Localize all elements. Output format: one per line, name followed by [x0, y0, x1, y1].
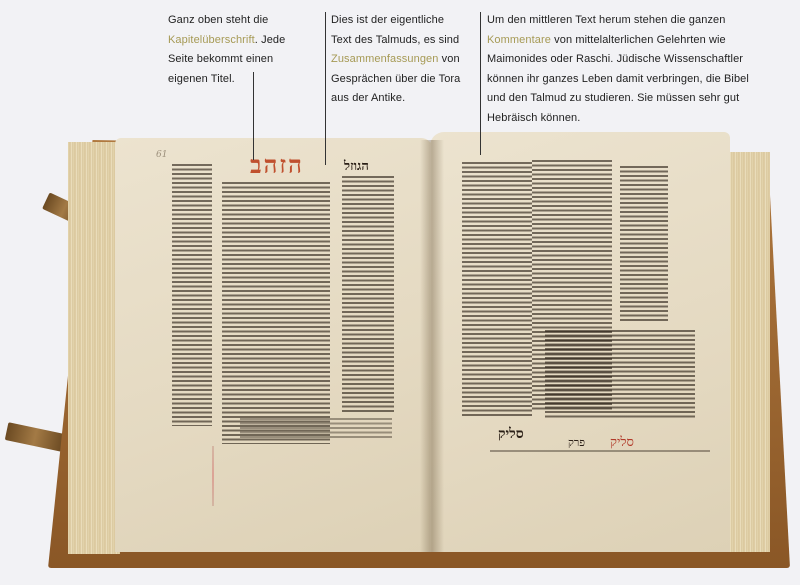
clasp-strap-lower: [5, 422, 65, 452]
right-bottom-text-line: [490, 450, 710, 454]
chapter-word: פרק: [568, 436, 585, 449]
caption-line: Gesprächen über die Tora: [331, 70, 481, 90]
left-bottom-text-lines: [240, 418, 392, 440]
caption-line: Maimonides oder Raschi. Jüdische Wissens…: [487, 50, 787, 70]
left-page-header: הגוזל: [344, 158, 369, 174]
caption-line: können ihr ganzes Leben damit verbringen…: [487, 70, 787, 90]
caption-talmud-text: Dies ist der eigentliche Text des Talmud…: [331, 11, 481, 109]
highlight-term-zusammenfassungen: Zusammenfassungen: [331, 53, 438, 65]
left-page-edges: [68, 142, 120, 554]
right-inner-commentary-column: [462, 162, 532, 418]
caption-line: Kommentare von mittelalterlichen Gelehrt…: [487, 31, 787, 51]
folio-number: 61: [156, 150, 167, 160]
closing-word-red: סליק: [610, 434, 634, 450]
right-outer-commentary-column: [620, 166, 668, 322]
book-gutter: [420, 140, 444, 552]
caption-line: Ganz oben steht die: [168, 11, 318, 31]
chapter-title-heading: הזהב: [250, 150, 304, 180]
caption-line: Hebräisch können.: [487, 109, 787, 129]
caption-line: Kapitelüberschrift. Jede: [168, 31, 318, 51]
closing-word-dark: סליק: [498, 426, 524, 443]
caption-line: Zusammenfassungen von: [331, 50, 481, 70]
leader-line-talmud-text: [325, 12, 326, 165]
caption-line: Seite bekommt einen: [168, 50, 318, 70]
highlight-term-kommentare: Kommentare: [487, 34, 551, 46]
caption-line: Um den mittleren Text herum stehen die g…: [487, 11, 787, 31]
caption-line: Text des Talmuds, es sind: [331, 31, 481, 51]
margin-ornament: [212, 446, 214, 506]
caption-line: eigenen Titel.: [168, 70, 318, 90]
left-commentary-column: [172, 164, 212, 426]
left-outer-commentary-column: [342, 176, 394, 412]
highlight-term-kapitelueberschrift: Kapitelüberschrift: [168, 34, 255, 46]
caption-line: und den Talmud zu studieren. Sie müssen …: [487, 89, 787, 109]
caption-line: Dies ist der eigentliche: [331, 11, 481, 31]
caption-line: aus der Antike.: [331, 89, 481, 109]
caption-commentaries: Um den mittleren Text herum stehen die g…: [487, 11, 787, 128]
right-lower-text-block: [545, 330, 695, 420]
caption-chapter-title: Ganz oben steht die Kapitelüberschrift. …: [168, 11, 318, 89]
left-main-text-column: [222, 182, 330, 444]
